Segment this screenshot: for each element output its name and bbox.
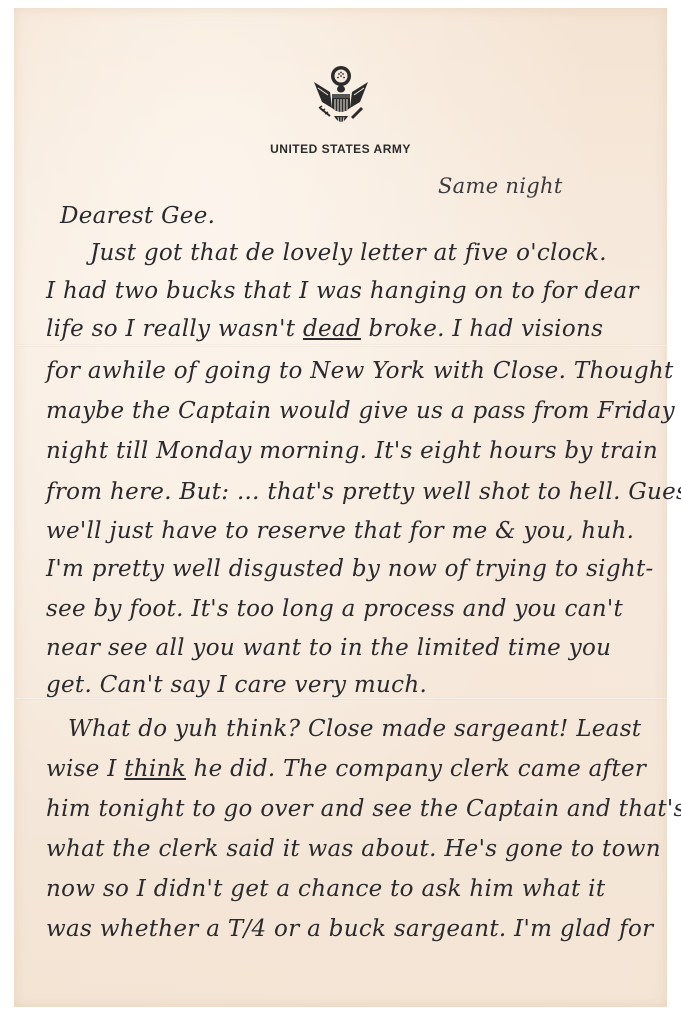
great-seal-eagle-icon xyxy=(310,64,372,134)
letter-line: life so I really wasn't dead broke. I ha… xyxy=(46,316,603,342)
letter-line: for awhile of going to New York with Clo… xyxy=(46,358,674,384)
letter-text: he did. The company clerk came after xyxy=(186,756,646,782)
organization-name: UNITED STATES ARMY xyxy=(14,142,667,156)
letter-line: maybe the Captain would give us a pass f… xyxy=(46,398,675,424)
letter-paper: UNITED STATES ARMY Same night Dearest Ge… xyxy=(14,8,667,1007)
letter-line: night till Monday morning. It's eight ho… xyxy=(46,438,658,464)
letter-line: I had two bucks that I was hanging on to… xyxy=(46,278,639,304)
letter-line: I'm pretty well disgusted by now of tryi… xyxy=(46,556,654,582)
fold-crease xyxy=(14,344,667,347)
letter-line: was whether a T/4 or a buck sargeant. I'… xyxy=(46,916,653,942)
letter-line: get. Can't say I care very much. xyxy=(46,672,427,698)
letter-line: near see all you want to in the limited … xyxy=(46,635,611,661)
dateline: Same night xyxy=(438,174,563,198)
letter-line: what the clerk said it was about. He's g… xyxy=(46,836,661,862)
salutation: Dearest Gee. xyxy=(60,203,215,229)
letter-text: life so I really wasn't xyxy=(46,316,303,342)
letter-text: wise I xyxy=(46,756,124,782)
letterhead: UNITED STATES ARMY xyxy=(14,64,667,156)
underlined-word: dead xyxy=(303,316,361,342)
letter-line: we'll just have to reserve that for me &… xyxy=(46,518,634,544)
letter-text: broke. I had visions xyxy=(361,316,603,342)
letter-line: see by foot. It's too long a process and… xyxy=(46,596,623,622)
letter-line: What do yuh think? Close made sargeant! … xyxy=(68,716,641,742)
letter-line: now so I didn't get a chance to ask him … xyxy=(46,876,605,902)
letter-line: from here. But: ... that's pretty well s… xyxy=(46,479,681,505)
letter-line: Just got that de lovely letter at five o… xyxy=(90,240,607,266)
letter-line: wise I think he did. The company clerk c… xyxy=(46,756,646,782)
underlined-word: think xyxy=(124,756,186,782)
letter-line: him tonight to go over and see the Capta… xyxy=(46,796,681,822)
